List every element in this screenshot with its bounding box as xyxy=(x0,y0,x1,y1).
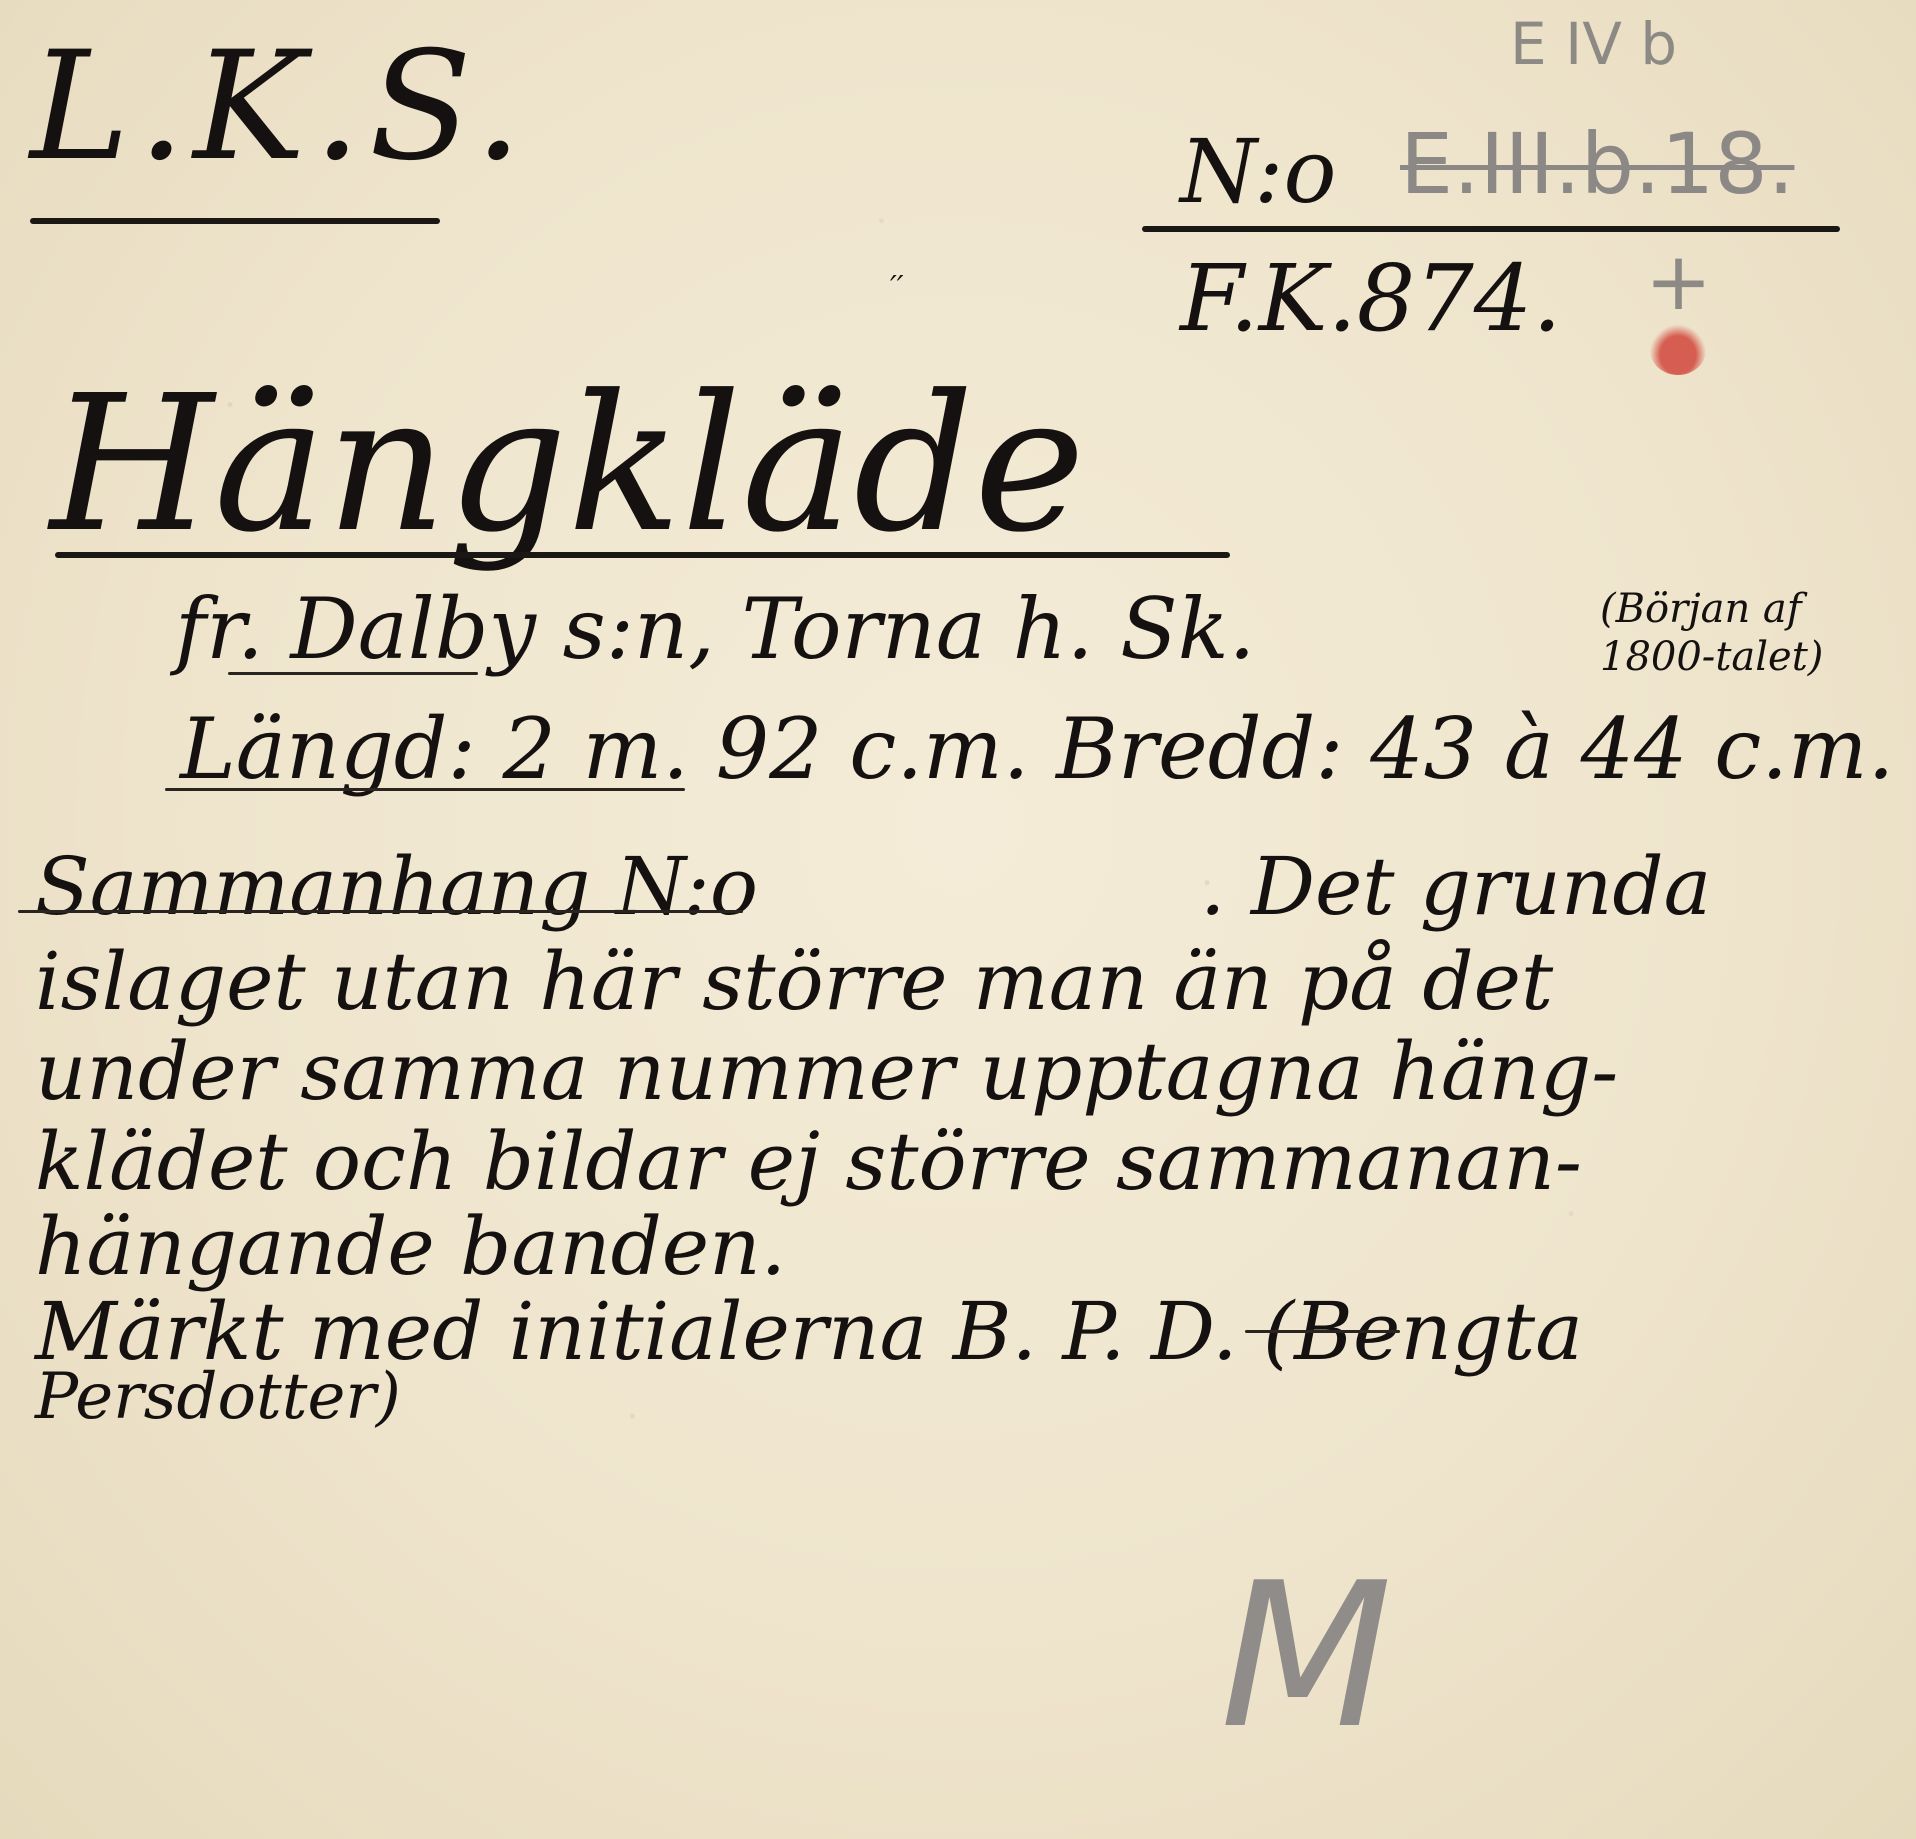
body-line-5: hängande banden. xyxy=(35,1200,786,1293)
initials-underline xyxy=(1245,1330,1400,1333)
catalog-number: F.K.874. xyxy=(1180,245,1562,352)
length-underline xyxy=(165,788,685,791)
origin-underline-dalby xyxy=(228,672,478,675)
number-label: N:o xyxy=(1180,120,1337,223)
red-check-mark xyxy=(1650,325,1706,375)
sammanhang-underline xyxy=(18,910,743,913)
dimensions-line: Längd: 2 m. 92 c.m. Bredd: 43 à 44 c.m. xyxy=(180,700,1894,798)
object-title: Hängkläde xyxy=(50,355,1085,574)
collection-mark-underline xyxy=(30,218,440,224)
body-line-4: klädet och bildar ej större sammanan- xyxy=(35,1115,1582,1208)
pencil-initial-mark: M xyxy=(1220,1540,1393,1773)
title-underline xyxy=(55,552,1230,558)
body-line-2: islaget utan här större man än på det xyxy=(35,935,1553,1028)
catalog-card: L.K.S. E IV b N:o E.III.b.18. F.K.874. +… xyxy=(0,0,1916,1839)
collection-mark: L.K.S. xyxy=(30,20,530,194)
body-line-7: Persdotter) xyxy=(35,1360,401,1434)
body-line-1-end: . Det grunda xyxy=(1200,840,1711,933)
body-line-3: under samma nummer upptagna häng- xyxy=(35,1025,1618,1118)
pencil-cross-mark: + xyxy=(1645,235,1712,328)
old-number-struck: E.III.b.18. xyxy=(1400,115,1794,213)
number-divider xyxy=(1142,226,1840,232)
new-number-pencil: E IV b xyxy=(1510,10,1677,78)
body-line-1-start: Sammanhang N:o xyxy=(35,840,758,933)
origin-line: fr. Dalby s:n, Torna h. Sk. xyxy=(175,580,1255,678)
stray-ink-mark: ′′ xyxy=(890,270,904,305)
dating-note: (Början af 1800-talet) xyxy=(1600,585,1910,681)
